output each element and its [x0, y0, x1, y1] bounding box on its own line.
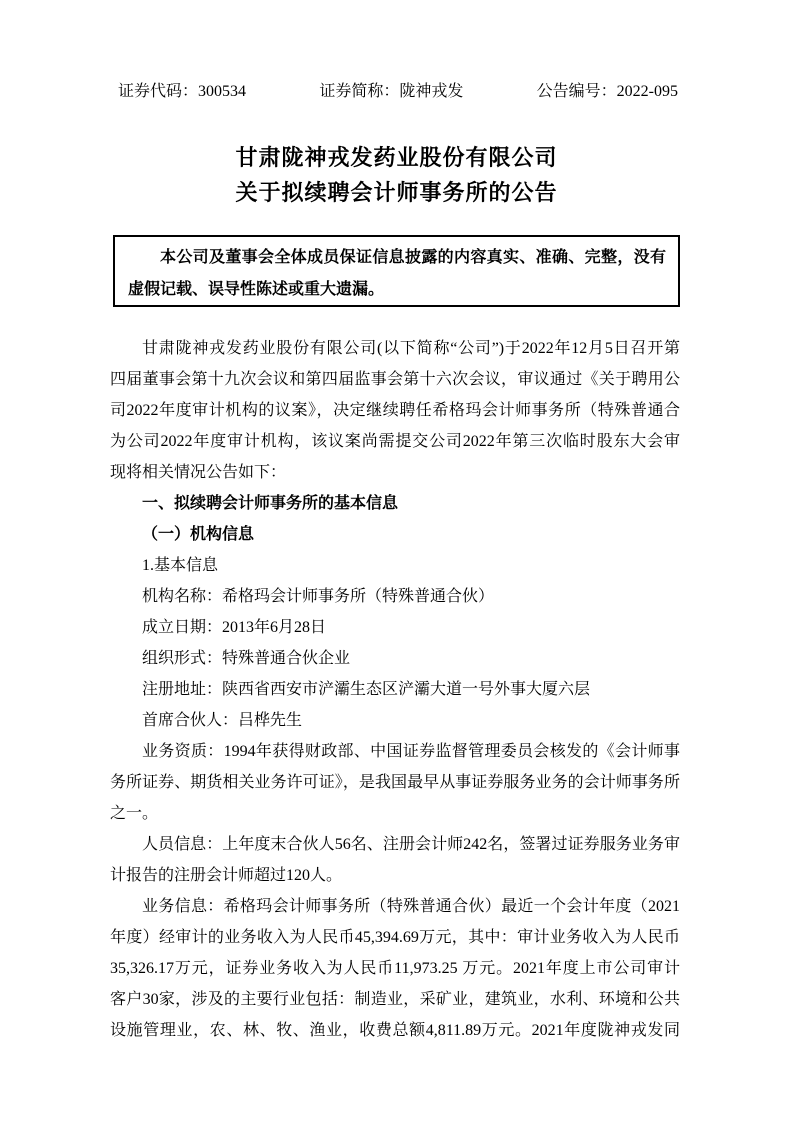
document-body: 甘肃陇神戎发药业股份有限公司(以下简称“公司”)于2022年12月5日召开第四届… — [110, 333, 680, 1046]
body-line: 人员信息：上年度末合伙人56名、注册会计师242名，签署过证券服务业务审 — [110, 829, 680, 860]
disclosure-notice-box: 本公司及董事会全体成员保证信息披露的内容真实、准确、完整，没有虚假记载、误导性陈… — [113, 235, 680, 307]
body-line: 组织形式：特殊普通合伙企业 — [110, 643, 680, 674]
body-line: 机构名称：希格玛会计师事务所（特殊普通合伙） — [110, 581, 680, 612]
body-line: 务所证券、期货相关业务许可证》，是我国最早从事证券服务业务的会计师事务所 — [110, 767, 680, 798]
body-line: 年度）经审计的业务收入为人民币45,394.69万元，其中：审计业务收入为人民币 — [110, 922, 680, 953]
announcement-number: 公告编号：2022-095 — [537, 80, 678, 104]
body-line: 成立日期：2013年6月28日 — [110, 612, 680, 643]
body-line: 司2022年度审计机构的议案》，决定继续聘任希格玛会计师事务所（特殊普通合伙） — [110, 395, 680, 426]
announcement-document-page: 证券代码：300534 证券简称：陇神戎发 公告编号：2022-095 甘肃陇神… — [0, 0, 793, 1122]
body-line: 35,326.17万元，证券业务收入为人民币11,973.25 万元。2021年… — [110, 953, 680, 984]
title-line-subject: 关于拟续聘会计师事务所的公告 — [0, 175, 793, 210]
body-line: 计报告的注册会计师超过120人。 — [110, 860, 680, 891]
subsection-heading: （一）机构信息 — [110, 519, 680, 550]
body-line: 为公司2022年度审计机构，该议案尚需提交公司2022年第三次临时股东大会审议。 — [110, 426, 680, 457]
body-line: 业务信息：希格玛会计师事务所（特殊普通合伙）最近一个会计年度（2021 — [110, 891, 680, 922]
stock-short-name: 证券简称：陇神戎发 — [319, 80, 463, 104]
body-line: 首席合伙人：吕桦先生 — [110, 705, 680, 736]
stock-code: 证券代码：300534 — [118, 80, 246, 104]
body-line: 业务资质：1994年获得财政部、中国证券监督管理委员会核发的《会计师事 — [110, 736, 680, 767]
document-title: 甘肃陇神戎发药业股份有限公司 关于拟续聘会计师事务所的公告 — [0, 140, 793, 210]
document-header: 证券代码：300534 证券简称：陇神戎发 公告编号：2022-095 — [118, 80, 678, 104]
body-line: 1.基本信息 — [110, 550, 680, 581]
body-line: 现将相关情况公告如下： — [110, 457, 680, 488]
title-line-company: 甘肃陇神戎发药业股份有限公司 — [0, 140, 793, 175]
body-line: 四届董事会第十九次会议和第四届监事会第十六次会议，审议通过《关于聘用公 — [110, 364, 680, 395]
body-line: 设施管理业，农、林、牧、渔业，收费总额4,811.89万元。2021年度陇神戎发… — [110, 1015, 680, 1046]
notice-line: 本公司及董事会全体成员保证信息披露的内容真实、准确、完整，没有 — [128, 242, 666, 274]
body-line: 之一。 — [110, 798, 680, 829]
body-line: 客户30家，涉及的主要行业包括：制造业，采矿业，建筑业，水利、环境和公共 — [110, 984, 680, 1015]
body-line: 甘肃陇神戎发药业股份有限公司(以下简称“公司”)于2022年12月5日召开第 — [110, 333, 680, 364]
section-heading: 一、拟续聘会计师事务所的基本信息 — [110, 488, 680, 519]
notice-line: 虚假记载、误导性陈述或重大遗漏。 — [128, 274, 666, 306]
body-line: 注册地址：陕西省西安市浐灞生态区浐灞大道一号外事大厦六层 — [110, 674, 680, 705]
